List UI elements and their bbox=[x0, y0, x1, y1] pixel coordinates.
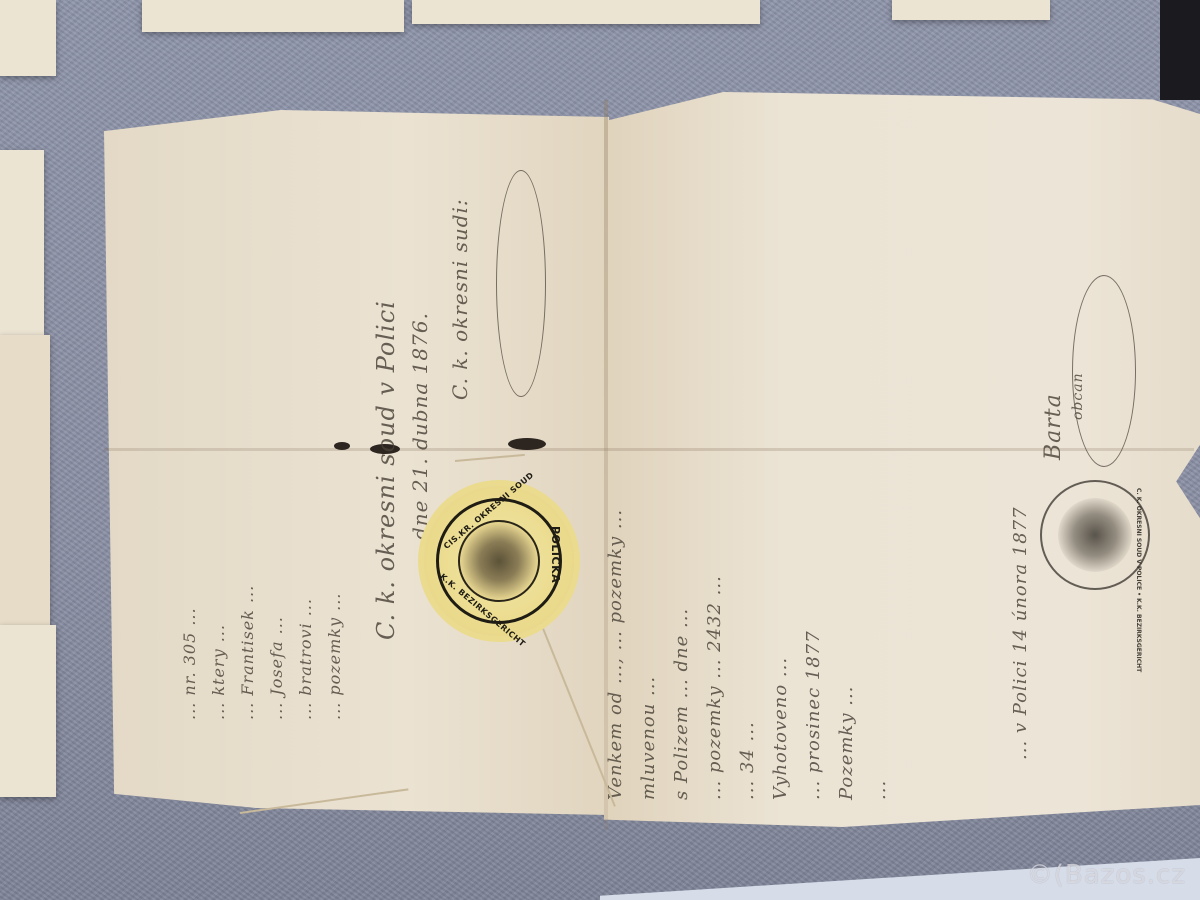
paper-scrap-left-3 bbox=[0, 625, 56, 797]
court-line: C. k. okresni soud v Polici bbox=[372, 198, 400, 640]
paper-scrap-top-1 bbox=[142, 0, 404, 32]
double-eagle-emblem-icon bbox=[458, 520, 540, 602]
handwritten-line: ... pozemky ... 2432 ... bbox=[704, 509, 725, 800]
date-line: dne 21. dubna 1876. bbox=[408, 198, 432, 540]
handwritten-line: ... nr. 305 ... bbox=[180, 585, 199, 720]
court-ink-stamp: C. K. OKRESNI SOUD V POLICE • K.K. BEZIR… bbox=[1040, 480, 1150, 590]
paper-scrap-left-2 bbox=[0, 335, 50, 625]
paper-scrap-top-left bbox=[0, 0, 56, 76]
signature-flourish bbox=[1072, 275, 1136, 467]
paper-scrap-top-2 bbox=[412, 0, 760, 24]
handwritten-line: ... 34 ... bbox=[737, 509, 758, 800]
handwritten-line: mluvenou ... bbox=[638, 509, 659, 800]
handwritten-line: Venkem od ..., ... pozemky ... bbox=[605, 509, 626, 800]
handwritten-line: ... bbox=[869, 509, 890, 800]
paper-scrap-left-1 bbox=[0, 150, 44, 335]
dark-corner bbox=[1160, 0, 1200, 100]
signature-name: Barta bbox=[1041, 372, 1066, 460]
left-page-text: ... nr. 305 ... ... ktery ... ... Franti… bbox=[180, 585, 344, 720]
place-date-line: ... v Polici 14 února 1877 bbox=[1010, 372, 1031, 760]
signature-flourish bbox=[496, 170, 546, 397]
signer-line: C. k. okresni sudi: bbox=[448, 198, 472, 400]
paper-scrap-top-3 bbox=[892, 0, 1050, 20]
court-wax-seal: CIS.KR. OKRESNI SOUD K.K. BEZIRKSGERICHT… bbox=[424, 486, 574, 636]
handwritten-line: s Polizem ... dne ... bbox=[671, 509, 692, 800]
handwritten-line: ... pozemky ... bbox=[325, 585, 344, 720]
handwritten-line: ... Josefa ... bbox=[267, 585, 286, 720]
handwritten-line: ... ktery ... bbox=[209, 585, 228, 720]
handwritten-line: Pozemky ... bbox=[836, 509, 857, 800]
coat-of-arms-icon bbox=[1058, 498, 1132, 572]
stamp-text: C. K. OKRESNI SOUD V POLICE • K.K. BEZIR… bbox=[1135, 488, 1142, 672]
handwritten-line: ... prosinec 1877 bbox=[803, 509, 824, 800]
paper-hole bbox=[334, 442, 350, 450]
bazos-watermark: ©(Bazos.cz bbox=[1027, 860, 1186, 890]
seal-text-right: POLICKA bbox=[549, 526, 562, 583]
paper-hole bbox=[508, 438, 546, 450]
handwritten-line: ... Frantisek ... bbox=[238, 585, 257, 720]
right-page-text: Venkem od ..., ... pozemky ... mluvenou … bbox=[605, 509, 890, 800]
handwritten-line: ... bratrovi ... bbox=[296, 585, 315, 720]
handwritten-line: Vyhotoveno ... bbox=[770, 509, 791, 800]
